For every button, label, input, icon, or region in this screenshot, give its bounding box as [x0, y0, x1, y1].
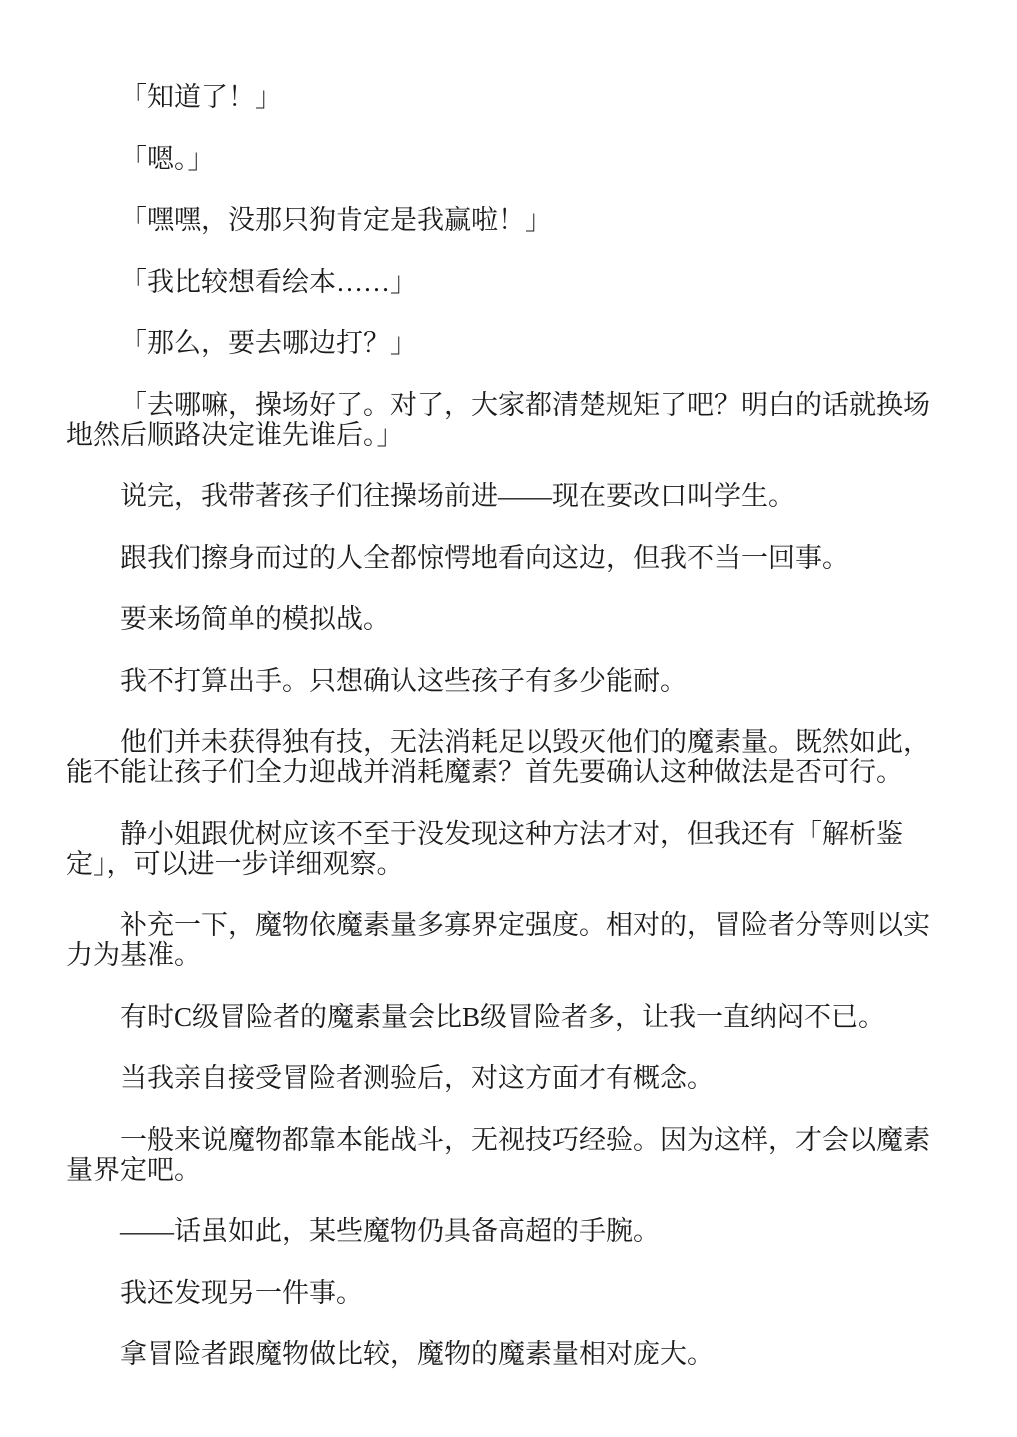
paragraph-narration: 跟我们擦身而过的人全都惊愕地看向这边，但我不当一回事。	[66, 543, 952, 573]
paragraph-narration: 我还发现另一件事。	[66, 1278, 952, 1308]
paragraph-narration: 拿冒险者跟魔物做比较，魔物的魔素量相对庞大。	[66, 1339, 952, 1369]
ebook-page: 「知道了！」 「嗯。」 「嘿嘿，没那只狗肯定是我赢啦！」 「我比较想看绘本……」…	[0, 0, 1017, 1437]
paragraph-narration: 我不打算出手。只想确认这些孩子有多少能耐。	[66, 666, 952, 696]
paragraph-narration: 当我亲自接受冒险者测验后，对这方面才有概念。	[66, 1063, 952, 1093]
paragraph-narration: 说完，我带著孩子们往操场前进——现在要改口叫学生。	[66, 481, 952, 511]
paragraph-dialogue: 「嗯。」	[66, 144, 952, 174]
paragraph-narration: 要来场简单的模拟战。	[66, 604, 952, 634]
paragraph-dialogue: 「去哪嘛，操场好了。对了，大家都清楚规矩了吧？明白的话就换场地然后顺路决定谁先谁…	[66, 390, 952, 450]
paragraph-dialogue: 「知道了！」	[66, 82, 952, 112]
paragraph-dialogue: 「嘿嘿，没那只狗肯定是我赢啦！」	[66, 205, 952, 235]
paragraph-narration: 他们并未获得独有技，无法消耗足以毁灭他们的魔素量。既然如此，能不能让孩子们全力迎…	[66, 727, 952, 787]
paragraph-dialogue: 「那么，要去哪边打？」	[66, 328, 952, 358]
paragraph-narration: 一般来说魔物都靠本能战斗，无视技巧经验。因为这样，才会以魔素量界定吧。	[66, 1125, 952, 1185]
paragraph-narration: 补充一下，魔物依魔素量多寡界定强度。相对的，冒险者分等则以实力为基准。	[66, 910, 952, 970]
paragraph-narration: ——话虽如此，某些魔物仍具备高超的手腕。	[66, 1216, 952, 1246]
paragraph-dialogue: 「我比较想看绘本……」	[66, 267, 952, 297]
paragraph-narration: 有时C级冒险者的魔素量会比B级冒险者多，让我一直纳闷不已。	[66, 1002, 952, 1032]
paragraph-narration: 静小姐跟优树应该不至于没发现这种方法才对，但我还有「解析鉴定」，可以进一步详细观…	[66, 819, 952, 879]
